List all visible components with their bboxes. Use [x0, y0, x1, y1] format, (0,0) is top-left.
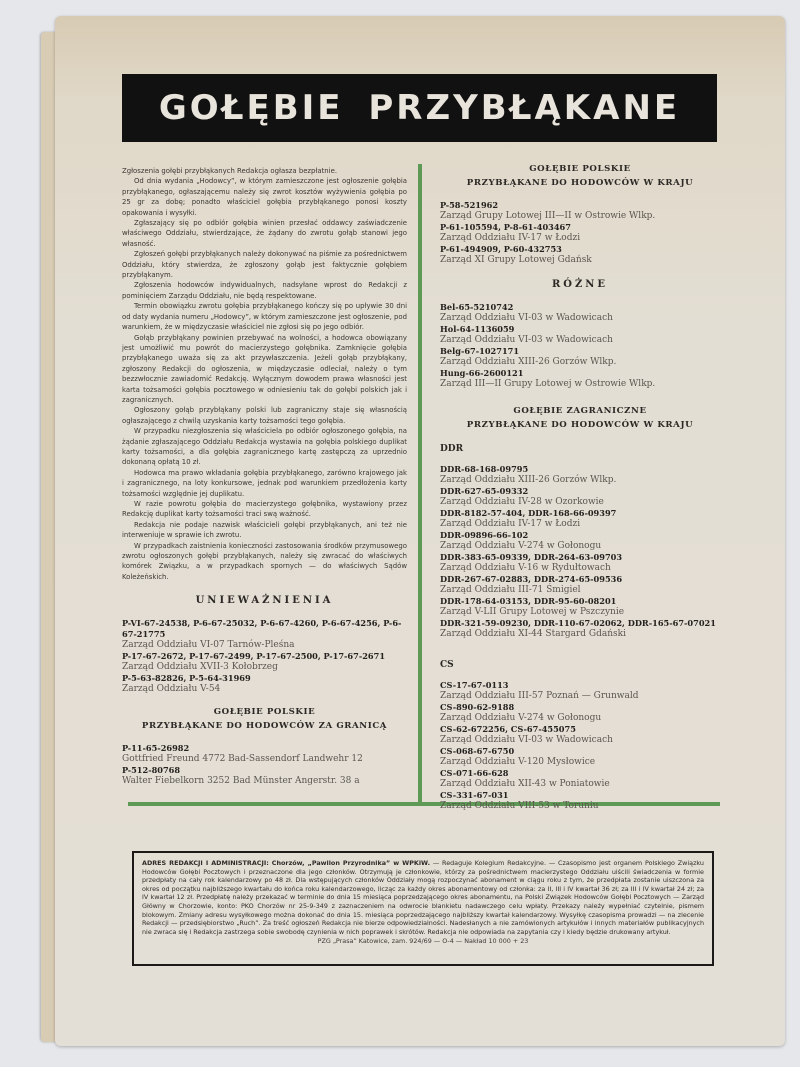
intro-paragraph: Termin obowiązku zwrotu gołębia przybłąk…: [122, 301, 407, 332]
intro-paragraph: W razie powrotu gołębia do macierzystego…: [122, 499, 407, 520]
finder-branch: Zarząd Oddziału III-71 Śmigiel: [440, 585, 720, 596]
finder-branch: Zarząd Oddziału XI-44 Stargard Gdański: [440, 629, 720, 640]
ring-numbers: CS-331-67-031: [440, 790, 720, 801]
intro-paragraph: Zgłoszeń gołębi przybłąkanych należy dok…: [122, 249, 407, 280]
cs-label: CS: [440, 660, 720, 670]
finder-branch: Zarząd III—II Grupy Lotowej w Ostrowie W…: [440, 379, 720, 390]
cs-list: CS-17-67-0113Zarząd Oddziału III-57 Pozn…: [440, 680, 720, 812]
zagraniczne-heading-1: GOŁĘBIE ZAGRANICZNE: [440, 404, 720, 418]
finder-branch: Zarząd Oddziału V-120 Mysłowice: [440, 757, 720, 768]
ring-numbers: Bel-65-5210742: [440, 302, 720, 313]
ring-numbers: P-17-67-2672, P-17-67-2499, P-17-67-2500…: [122, 651, 407, 662]
finder-branch: Zarząd V-LII Grupy Lotowej w Pszczynie: [440, 607, 720, 618]
publisher-info-text: ADRES REDAKCJI I ADMINISTRACJI: Chorzów,…: [142, 859, 704, 936]
rozne-heading: RÓŻNE: [440, 278, 720, 292]
finder-branch: Zarząd Oddziału V-274 w Gołonogu: [440, 541, 720, 552]
finder-branch: Zarząd Oddziału IV-17 w Łodzi: [440, 233, 720, 244]
intro-paragraph: Zgłoszenia gołębi przybłąkanych Redakcja…: [122, 166, 407, 176]
w-kraju-section: GOŁĘBIE POLSKIE PRZYBŁĄKANE DO HODOWCÓW …: [440, 162, 720, 266]
ring-numbers: P-61-105594, P-8-61-403467: [440, 222, 720, 233]
finder-branch: Zarząd Oddziału XIII-26 Gorzów Wlkp.: [440, 475, 720, 486]
finder-branch: Zarząd Oddziału XII-43 w Poniatowie: [440, 779, 720, 790]
finder-branch: Zarząd Oddziału VI-03 w Wadowicach: [440, 335, 720, 346]
za-granica-list: P-11-65-26982Gottfried Freund 4772 Bad-S…: [122, 743, 407, 787]
za-granica-section: GOŁĘBIE POLSKIE PRZYBŁĄKANE DO HODOWCÓW …: [122, 705, 407, 787]
zagraniczne-section: GOŁĘBIE ZAGRANICZNE PRZYBŁĄKANE DO HODOW…: [440, 404, 720, 812]
finder-branch: Zarząd Oddziału VI-07 Tarnów-Pleśna: [122, 640, 407, 651]
right-column: GOŁĘBIE POLSKIE PRZYBŁĄKANE DO HODOWCÓW …: [440, 162, 720, 812]
finder-branch: Zarząd Oddziału V-16 w Rydułtowach: [440, 563, 720, 574]
zagraniczne-heading-2: PRZYBŁĄKANE DO HODOWCÓW W KRAJU: [440, 418, 720, 432]
finder-branch: Zarząd Oddziału V-54: [122, 684, 407, 695]
ring-numbers: Hol-64-1136059: [440, 324, 720, 335]
title-banner: GOŁĘBIE PRZYBŁĄKANE: [122, 74, 717, 142]
print-imprint: PZG „Prasa” Katowice, zam. 924/69 — O-4 …: [142, 937, 704, 945]
uniewaznienia-section: UNIEWAŻNIENIA P-VI-67-24538, P-6-67-2503…: [122, 594, 407, 695]
ring-numbers: P-VI-67-24538, P-6-67-25032, P-6-67-4260…: [122, 618, 407, 640]
ring-numbers: DDR-09896-66-102: [440, 530, 720, 541]
ring-numbers: P-11-65-26982: [122, 743, 407, 754]
ring-numbers: DDR-178-64-03153, DDR-95-60-08201: [440, 596, 720, 607]
intro-paragraph: W przypadkach zaistnienia konieczności z…: [122, 541, 407, 583]
finder-branch: Zarząd Oddziału XIII-26 Gorzów Wlkp.: [440, 357, 720, 368]
za-granica-heading-2: PRZYBŁĄKANE DO HODOWCÓW ZA GRANICĄ: [122, 719, 407, 733]
intro-paragraph: Redakcja nie podaje nazwisk właścicieli …: [122, 520, 407, 541]
finder-branch: Gottfried Freund 4772 Bad-Sassendorf Lan…: [122, 754, 407, 765]
column-divider: [418, 164, 422, 804]
w-kraju-heading-1: GOŁĘBIE POLSKIE: [440, 162, 720, 176]
ring-numbers: DDR-383-65-09339, DDR-264-63-09703: [440, 552, 720, 563]
ddr-label: DDR: [440, 444, 720, 454]
ring-numbers: DDR-267-67-02883, DDR-274-65-09536: [440, 574, 720, 585]
intro-paragraph: Gołąb przybłąkany powinien przebywać na …: [122, 333, 407, 406]
ddr-list: DDR-68-168-09795Zarząd Oddziału XIII-26 …: [440, 464, 720, 640]
ring-numbers: CS-068-67-6750: [440, 746, 720, 757]
ring-numbers: Belg-67-1027171: [440, 346, 720, 357]
page-title: GOŁĘBIE PRZYBŁĄKANE: [159, 88, 680, 128]
finder-branch: Zarząd Oddziału V-274 w Gołonogu: [440, 713, 720, 724]
rozne-list: Bel-65-5210742Zarząd Oddziału VI-03 w Wa…: [440, 302, 720, 390]
publisher-info-box: ADRES REDAKCJI I ADMINISTRACJI: Chorzów,…: [132, 851, 714, 966]
finder-branch: Zarząd Oddziału III-57 Poznań — Grunwald: [440, 691, 720, 702]
finder-branch: Zarząd Oddziału VI-03 w Wadowicach: [440, 313, 720, 324]
intro-text: Zgłoszenia gołębi przybłąkanych Redakcja…: [122, 166, 407, 582]
finder-branch: Zarząd XI Grupy Lotowej Gdańsk: [440, 255, 720, 266]
w-kraju-list: P-58-521962Zarząd Grupy Lotowej III—II w…: [440, 200, 720, 266]
intro-paragraph: W przypadku niezgłoszenia się właściciel…: [122, 426, 407, 468]
finder-branch: Zarząd Oddziału VI-03 w Wadowicach: [440, 735, 720, 746]
w-kraju-heading-2: PRZYBŁĄKANE DO HODOWCÓW W KRAJU: [440, 176, 720, 190]
ring-numbers: DDR-321-59-09230, DDR-110-67-02062, DDR-…: [440, 618, 720, 629]
finder-branch: Zarząd Oddziału IV-17 w Łodzi: [440, 519, 720, 530]
editorial-address: ADRES REDAKCJI I ADMINISTRACJI: Chorzów,…: [142, 859, 430, 867]
intro-paragraph: Od dnia wydania „Hodowcy”, w którym zami…: [122, 176, 407, 218]
intro-paragraph: Hodowca ma prawo wkładania gołębia przyb…: [122, 468, 407, 499]
uniewaznienia-list: P-VI-67-24538, P-6-67-25032, P-6-67-4260…: [122, 618, 407, 695]
ring-numbers: P-5-63-82826, P-5-64-31969: [122, 673, 407, 684]
finder-branch: Zarząd Oddziału XVII-3 Kołobrzeg: [122, 662, 407, 673]
finder-branch: Zarząd Grupy Lotowej III—II w Ostrowie W…: [440, 211, 720, 222]
intro-paragraph: Zgłaszający się po odbiór gołębia winien…: [122, 218, 407, 249]
intro-paragraph: Ogłoszony gołąb przybłąkany polski lub z…: [122, 405, 407, 426]
left-column: Zgłoszenia gołębi przybłąkanych Redakcja…: [122, 166, 407, 787]
ring-numbers: CS-890-62-9188: [440, 702, 720, 713]
editorial-terms: — Redaguje Kolegium Redakcyjne. — Czasop…: [142, 859, 704, 936]
ring-numbers: Hung-66-2600121: [440, 368, 720, 379]
finder-branch: Walter Fiebelkorn 3252 Bad Münster Anger…: [122, 776, 407, 787]
ring-numbers: P-58-521962: [440, 200, 720, 211]
finder-branch: Zarząd Oddziału VIII-53 w Toruniu: [440, 801, 720, 812]
ring-numbers: CS-17-67-0113: [440, 680, 720, 691]
ring-numbers: DDR-68-168-09795: [440, 464, 720, 475]
ring-numbers: DDR-627-65-09332: [440, 486, 720, 497]
ring-numbers: CS-071-66-628: [440, 768, 720, 779]
rozne-section: RÓŻNE Bel-65-5210742Zarząd Oddziału VI-0…: [440, 278, 720, 390]
za-granica-heading-1: GOŁĘBIE POLSKIE: [122, 705, 407, 719]
intro-paragraph: Zgłoszenia hodowców indywidualnych, nads…: [122, 280, 407, 301]
finder-branch: Zarząd Oddziału IV-28 w Ozorkowie: [440, 497, 720, 508]
uniewaznienia-heading: UNIEWAŻNIENIA: [122, 594, 407, 608]
ring-numbers: P-61-494909, P-60-432753: [440, 244, 720, 255]
ring-numbers: DDR-8182-57-404, DDR-168-66-09397: [440, 508, 720, 519]
ring-numbers: CS-62-672256, CS-67-455075: [440, 724, 720, 735]
ring-numbers: P-512-80768: [122, 765, 407, 776]
